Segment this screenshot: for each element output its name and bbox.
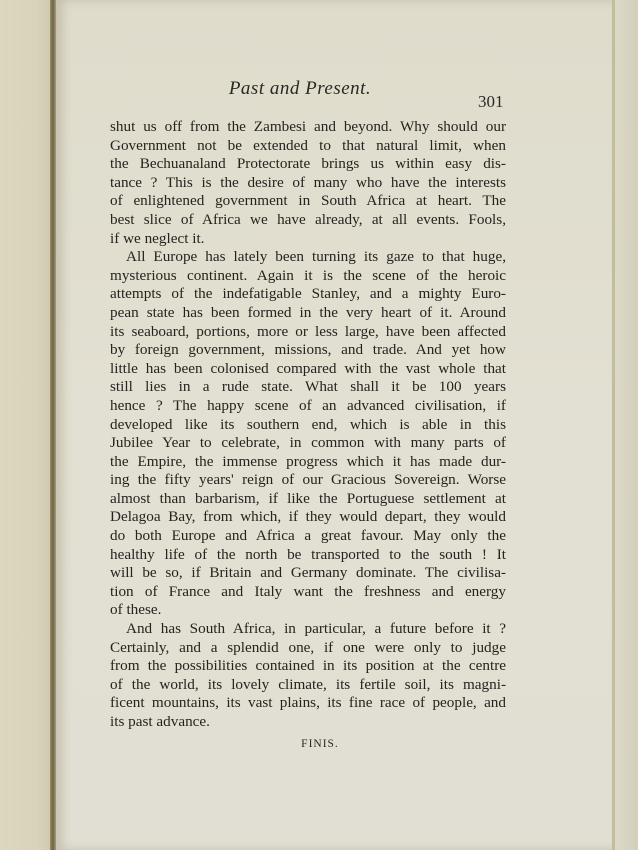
- text-line: still lies in a rude state. What shall i…: [110, 378, 506, 397]
- text-line: Delagoa Bay, from which, if they would d…: [110, 508, 506, 527]
- page-stack-edge: [615, 0, 638, 850]
- text-line: the Empire, the immense progress which i…: [110, 453, 506, 472]
- paragraph: shut us off from the Zambesi and beyond.…: [110, 118, 506, 248]
- text-line: from the possibilities contained in its …: [110, 657, 506, 676]
- text-line: pean state has been formed in the very h…: [110, 304, 506, 323]
- text-line: do both Europe and Africa a great favour…: [110, 527, 506, 546]
- running-head: Past and Present.: [170, 78, 430, 100]
- body-text: shut us off from the Zambesi and beyond.…: [110, 118, 506, 732]
- text-line: of enlightened government in South Afric…: [110, 192, 506, 211]
- text-line: healthy life of the north be transported…: [110, 546, 506, 565]
- text-line: And has South Africa, in particular, a f…: [110, 620, 506, 639]
- text-line: little has been colonised compared with …: [110, 360, 506, 379]
- facing-left-page: [0, 0, 52, 850]
- page-number: 301: [478, 92, 504, 112]
- text-line: the Bechuanaland Protectorate brings us …: [110, 155, 506, 174]
- finis-closing: FINIS.: [260, 738, 380, 750]
- paragraph: All Europe has lately been turning its g…: [110, 248, 506, 620]
- text-line: of these.: [110, 601, 506, 620]
- text-line: hence ? The happy scene of an advanced c…: [110, 397, 506, 416]
- text-line: its seaboard, portions, more or less lar…: [110, 323, 506, 342]
- text-line: developed like its southern end, which i…: [110, 416, 506, 435]
- text-line: tance ? This is the desire of many who h…: [110, 174, 506, 193]
- text-line: mysterious continent. Again it is the sc…: [110, 267, 506, 286]
- text-line: almost than barbarism, if like the Portu…: [110, 490, 506, 509]
- text-line: All Europe has lately been turning its g…: [110, 248, 506, 267]
- text-line: attempts of the indefatigable Stanley, a…: [110, 285, 506, 304]
- text-line: shut us off from the Zambesi and beyond.…: [110, 118, 506, 137]
- text-line: ficent mountains, its vast plains, its f…: [110, 694, 506, 713]
- text-line: best slice of Africa we have already, at…: [110, 211, 506, 230]
- text-line: Government not be extended to that natur…: [110, 137, 506, 156]
- text-line: tion of France and Italy want the freshn…: [110, 583, 506, 602]
- text-line: by foreign government, missions, and tra…: [110, 341, 506, 360]
- text-line: Jubilee Year to celebrate, in common wit…: [110, 434, 506, 453]
- text-line: its past advance.: [110, 713, 506, 732]
- text-line: of the world, its lovely climate, its fe…: [110, 676, 506, 695]
- text-line: will be so, if Britain and Germany domin…: [110, 564, 506, 583]
- text-line: if we neglect it.: [110, 230, 506, 249]
- text-line: ing the fifty years' reign of our Gracio…: [110, 471, 506, 490]
- text-line: Certainly, and a splendid one, if one we…: [110, 639, 506, 658]
- paragraph: And has South Africa, in particular, a f…: [110, 620, 506, 732]
